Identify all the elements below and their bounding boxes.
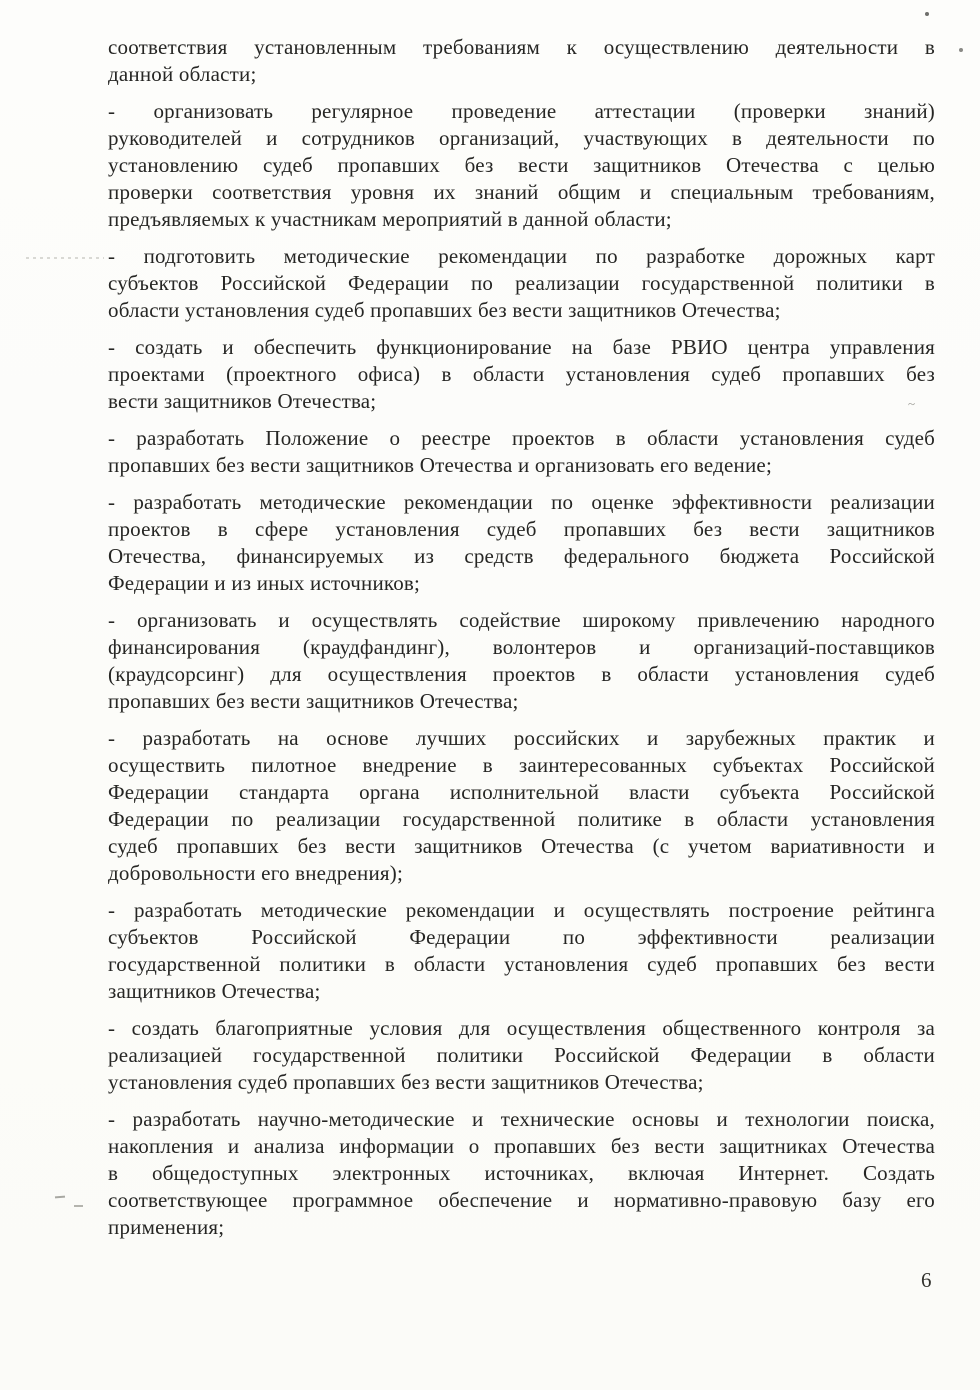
text-line: вести защитников Отечества; (108, 388, 935, 415)
paragraph: - подготовить методические рекомендации … (108, 243, 935, 324)
text-line: - разработать научно-методические и техн… (108, 1106, 935, 1133)
text-line: накопления и анализа информации о пропав… (108, 1133, 935, 1160)
text-line: соответствующее программное обеспечение … (108, 1187, 935, 1214)
text-line: предъявляемых к участникам мероприятий в… (108, 206, 935, 233)
text-line: - разработать на основе лучших российски… (108, 725, 935, 752)
page-number: 6 (921, 1268, 932, 1293)
text-line: (краудсорсинг) для осуществления проекто… (108, 661, 935, 688)
scan-artifact-dash (55, 1196, 65, 1199)
text-line: Федерации стандарта органа исполнительно… (108, 779, 935, 806)
paragraph: - разработать на основе лучших российски… (108, 725, 935, 887)
text-line: установления судеб пропавших без вести з… (108, 1069, 935, 1096)
text-line: государственной политики в области устан… (108, 951, 935, 978)
text-line: субъектов Российской Федерации по эффект… (108, 924, 935, 951)
text-line: - разработать методические рекомендации … (108, 897, 935, 924)
text-line: осуществить пилотное внедрение в заинтер… (108, 752, 935, 779)
text-line: Отечества, финансируемых из средств феде… (108, 543, 935, 570)
text-line: финансирования (краудфандинг), волонтеро… (108, 634, 935, 661)
text-line: добровольности его внедрения); (108, 860, 935, 887)
text-line: - разработать Положение о реестре проект… (108, 425, 935, 452)
text-line: - создать и обеспечить функционирование … (108, 334, 935, 361)
paragraph: - разработать методические рекомендации … (108, 897, 935, 1005)
scan-artifact-line (26, 257, 104, 259)
text-line: области установления судеб пропавших без… (108, 297, 935, 324)
text-line: данной области; (108, 61, 935, 88)
text-line: Федерации и из иных источников; (108, 570, 935, 597)
text-line: защитников Отечества; (108, 978, 935, 1005)
text-line: соответствия установленным требованиям к… (108, 34, 935, 61)
text-line: субъектов Российской Федерации по реализ… (108, 270, 935, 297)
text-line: пропавших без вести защитников Отечества… (108, 688, 935, 715)
text-line: пропавших без вести защитников Отечества… (108, 452, 935, 479)
text-line: проверки соответствия уровня их знаний о… (108, 179, 935, 206)
text-line: Федерации по реализации государственной … (108, 806, 935, 833)
paragraph: - разработать Положение о реестре проект… (108, 425, 935, 479)
paragraph: - разработать методические рекомендации … (108, 489, 935, 597)
text-line: - разработать методические рекомендации … (108, 489, 935, 516)
paragraph: соответствия установленным требованиям к… (108, 34, 935, 88)
text-line: проектов в сфере установления судеб проп… (108, 516, 935, 543)
text-line: руководителей и сотрудников организаций,… (108, 125, 935, 152)
paragraph: - организовать и осуществлять содействие… (108, 607, 935, 715)
text-line: реализацией государственной политики Рос… (108, 1042, 935, 1069)
scan-artifact-dot (925, 12, 929, 16)
scan-artifact-dash (74, 1205, 83, 1207)
scan-artifact-dot (959, 48, 963, 52)
text-line: - подготовить методические рекомендации … (108, 243, 935, 270)
text-line: - создать благоприятные условия для осущ… (108, 1015, 935, 1042)
text-line: проектами (проектного офиса) в области у… (108, 361, 935, 388)
paragraph: - создать и обеспечить функционирование … (108, 334, 935, 415)
text-line: в общедоступных электронных источниках, … (108, 1160, 935, 1187)
document-page: соответствия установленным требованиям к… (0, 0, 980, 1390)
text-line: установлению судеб пропавших без вести з… (108, 152, 935, 179)
text-line: - организовать регулярное проведение атт… (108, 98, 935, 125)
text-line: - организовать и осуществлять содействие… (108, 607, 935, 634)
text-line: применения; (108, 1214, 935, 1241)
text-line: судеб пропавших без вести защитников Оте… (108, 833, 935, 860)
paragraph: - организовать регулярное проведение атт… (108, 98, 935, 233)
document-body: соответствия установленным требованиям к… (108, 34, 935, 1251)
paragraph: - разработать научно-методические и техн… (108, 1106, 935, 1241)
paragraph: - создать благоприятные условия для осущ… (108, 1015, 935, 1096)
